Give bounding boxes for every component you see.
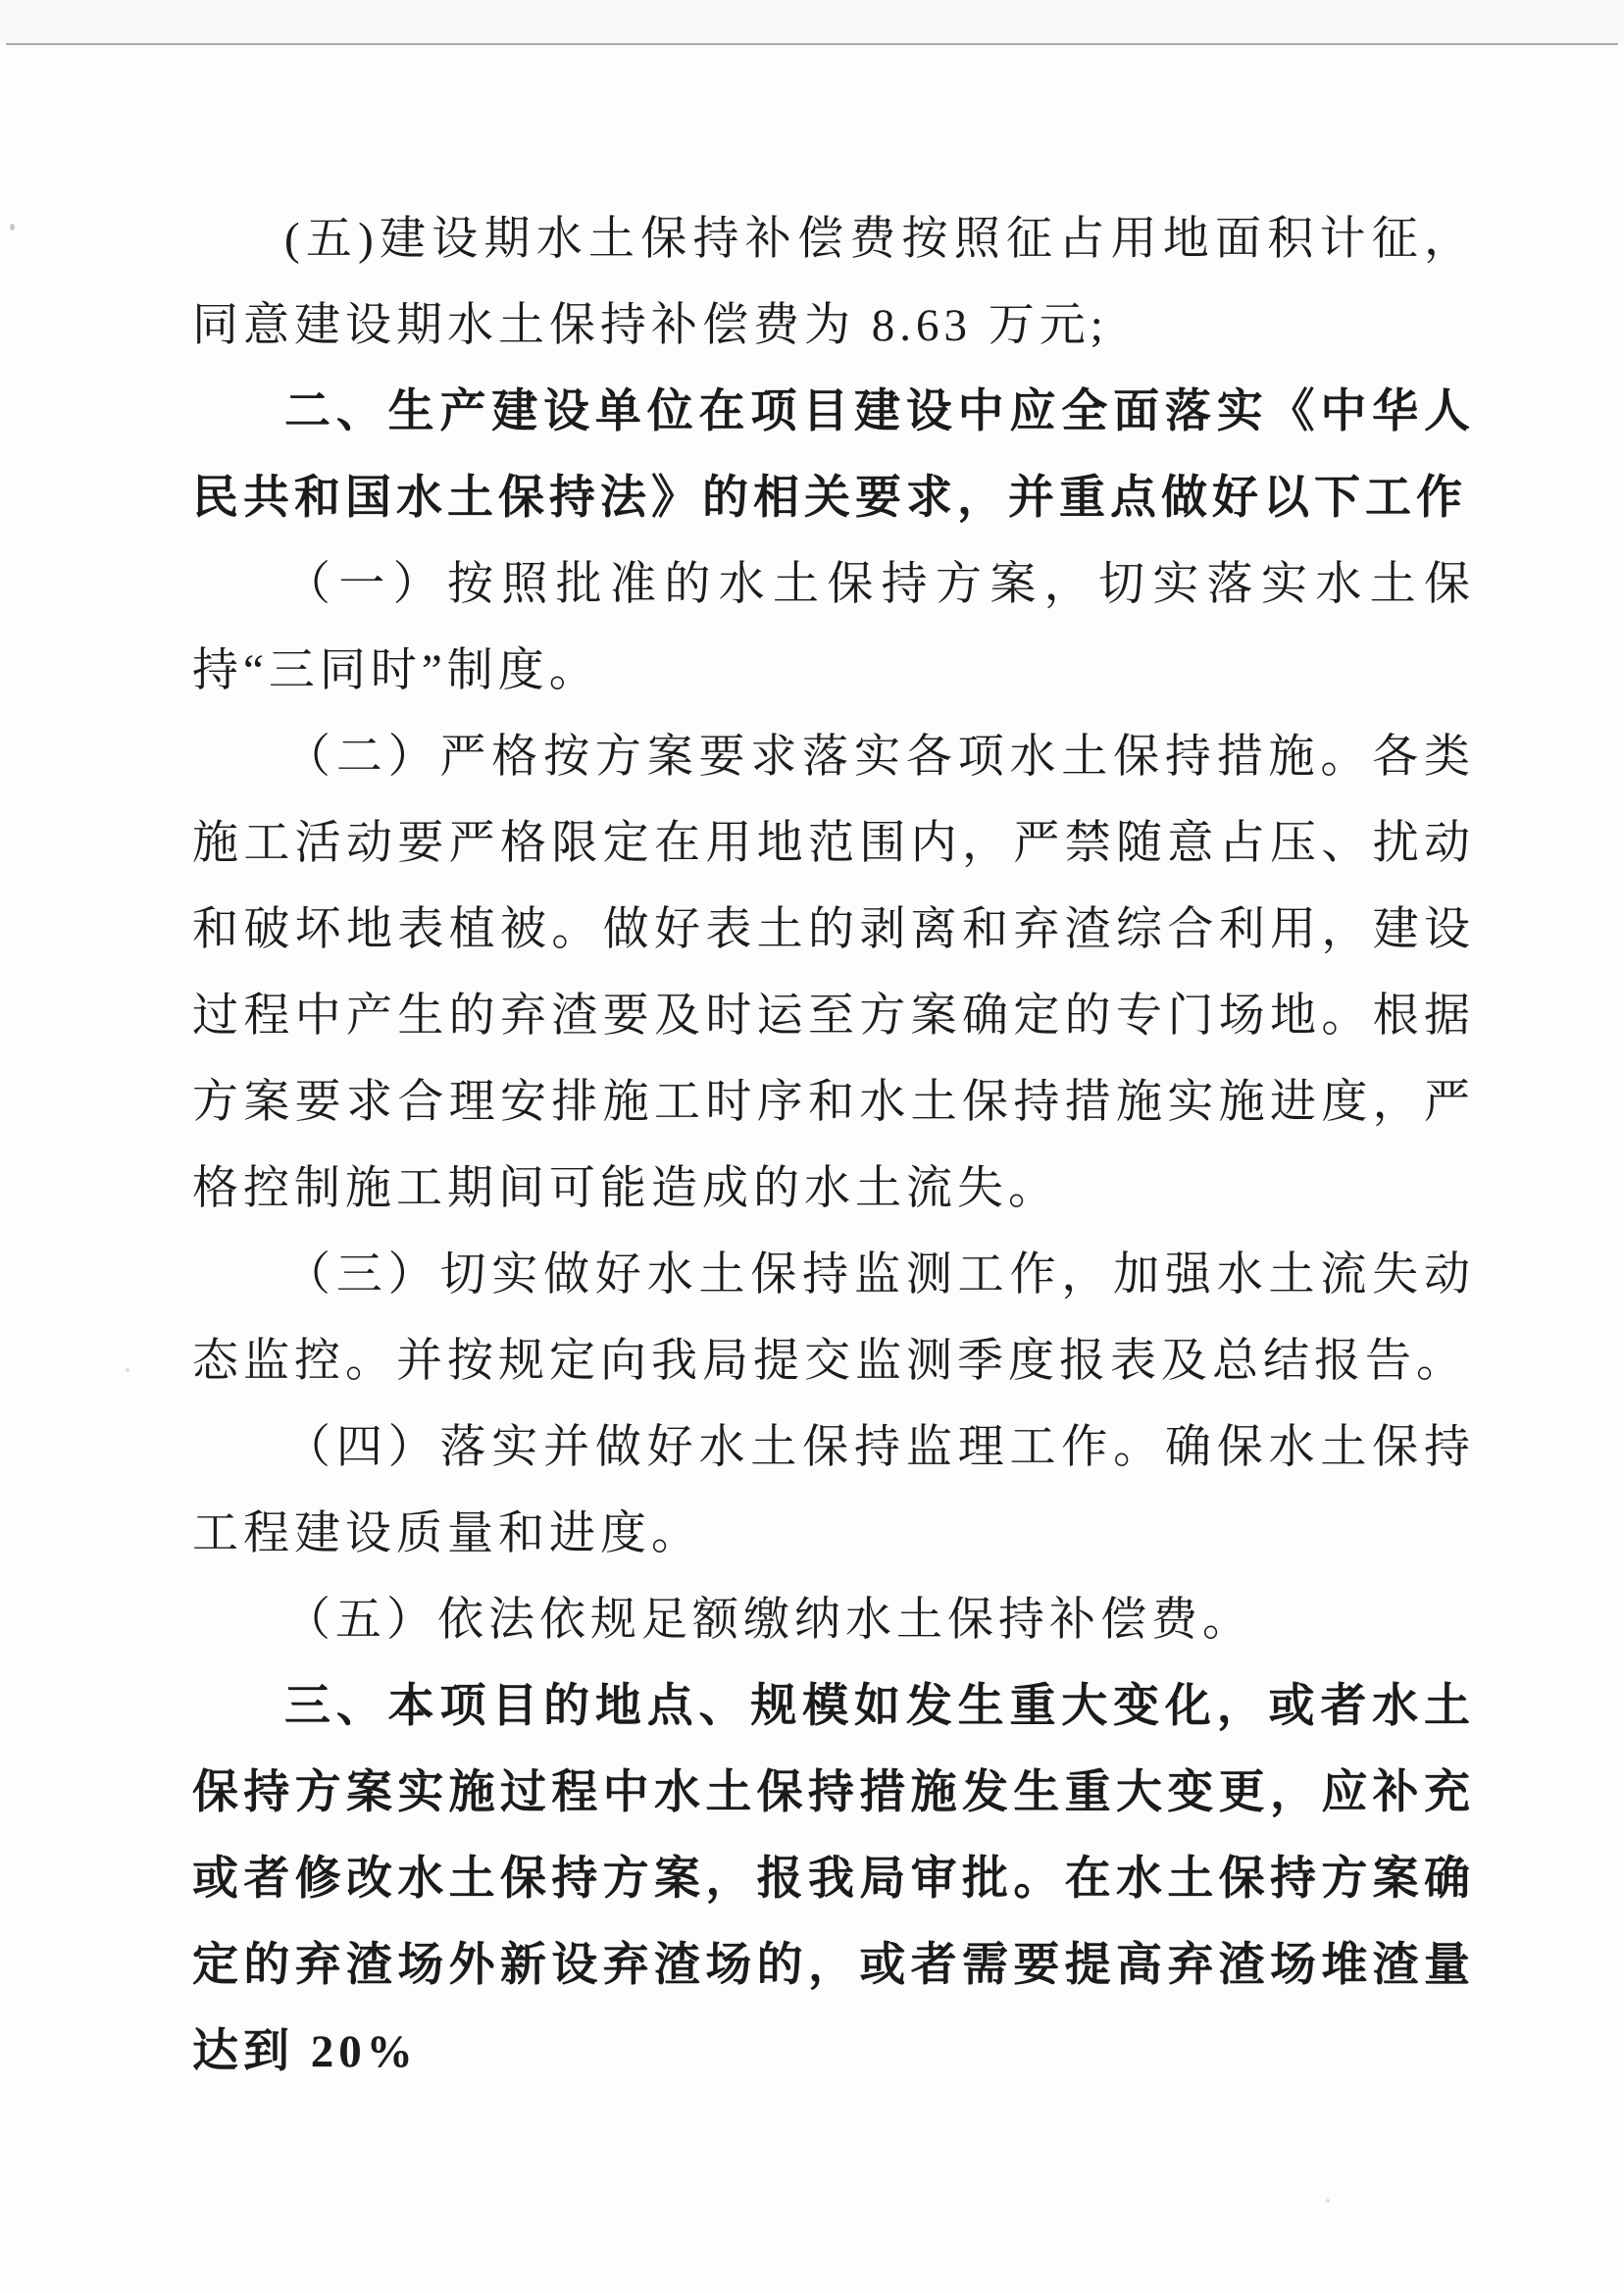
paragraph-item-2-1: （一）按照批准的水土保持方案，切实落实水土保持“三同时”制度。 [192,541,1475,714]
paragraph-item-2-5: （五）依法依规足额缴纳水土保持补偿费。 [192,1577,1475,1663]
paragraph-section-3-heading: 三、本项目的地点、规模如发生重大变化，或者水土保持方案实施过程中水土保持措施发生… [192,1663,1475,2095]
scan-speck [10,224,15,230]
paragraph-item-1-5: (五)建设期水土保持补偿费按照征占用地面积计征，同意建设期水土保持补偿费为 8.… [192,196,1475,369]
document-body-text: (五)建设期水土保持补偿费按照征占用地面积计征，同意建设期水土保持补偿费为 8.… [192,196,1475,2095]
paragraph-item-2-4: （四）落实并做好水土保持监理工作。确保水土保持工程建设质量和进度。 [192,1404,1475,1577]
paragraph-item-2-2: （二）严格按方案要求落实各项水土保持措施。各类施工活动要严格限定在用地范围内，严… [192,714,1475,1232]
scan-speck [1326,2199,1330,2203]
paragraph-item-2-3: （三）切实做好水土保持监测工作，加强水土流失动态监控。并按规定向我局提交监测季度… [192,1232,1475,1404]
document-page: (五)建设期水土保持补偿费按照征占用地面积计征，同意建设期水土保持补偿费为 8.… [0,0,1624,2293]
scan-edge-line [6,43,1618,45]
scan-speck [126,1368,129,1372]
scan-top-strip [0,0,1624,43]
paragraph-section-2-heading: 二、生产建设单位在项目建设中应全面落实《中华人民共和国水土保持法》的相关要求，并… [192,369,1475,541]
